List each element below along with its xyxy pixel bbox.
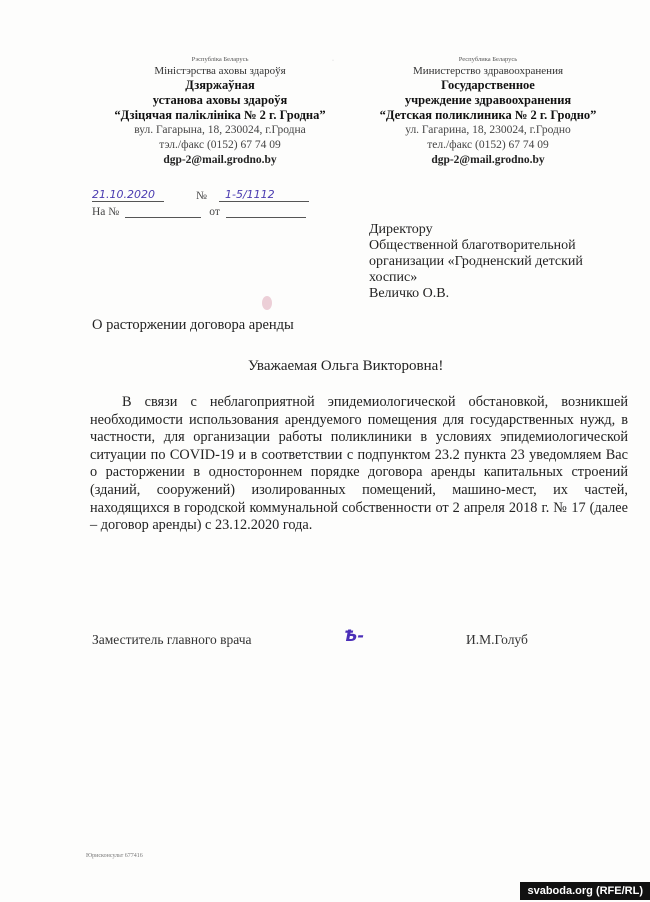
- org-address: вул. Гагарына, 18, 230024, г.Гродна: [90, 123, 350, 138]
- org-name-line1: Дзяржаўная: [90, 78, 350, 93]
- org-email: dgp-2@mail.grodno.by: [90, 153, 350, 168]
- letterhead-belarusian: Рэспубліка Беларусь Міністэрства аховы з…: [90, 55, 350, 168]
- footer-executor-code: Юрисконсульт 677416: [86, 853, 143, 859]
- outgoing-date: 21.10.2020: [92, 188, 164, 202]
- salutation: Уважаемая Ольга Викторовна!: [248, 358, 443, 375]
- addressee-line: Директору: [369, 222, 583, 238]
- ref-from-label: от: [209, 206, 220, 218]
- ref-number-blank: [125, 217, 201, 218]
- ministry-label: Міністэрства аховы здароўя: [90, 64, 350, 78]
- ministry-label: Министерство здравоохранения: [362, 64, 614, 78]
- letter-page: · Рэспубліка Беларусь Міністэрства аховы…: [0, 0, 650, 902]
- ref-date-blank: [226, 217, 306, 218]
- org-phone: тэл./факс (0152) 67 74 09: [90, 138, 350, 153]
- org-name-line2: учреждение здравоохранения: [362, 93, 614, 108]
- signatory-name: И.М.Голуб: [466, 632, 528, 648]
- org-name-line2: установа аховы здароўя: [90, 93, 350, 108]
- org-phone: тел./факс (0152) 67 74 09: [362, 138, 614, 153]
- org-name-line3: “Дзіцячая паліклініка № 2 г. Гродна”: [90, 108, 350, 123]
- republic-label: Республика Беларусь: [362, 55, 614, 64]
- registration-block: 21.10.2020 № 1-5/1112 На № от: [92, 186, 309, 218]
- number-label: №: [196, 190, 207, 202]
- addressee-line: организации «Гродненский детский: [369, 254, 583, 270]
- addressee-line: Общественной благотворительной: [369, 238, 583, 254]
- letter-subject: О расторжении договора аренды: [92, 317, 294, 334]
- org-name-line3: “Детская поликлиника № 2 г. Гродно”: [362, 108, 614, 123]
- signatory-title: Заместитель главного врача: [92, 632, 252, 648]
- ink-blot: [262, 296, 272, 310]
- ref-number-label: На №: [92, 206, 119, 218]
- source-watermark: svaboda.org (RFE/RL): [520, 882, 650, 900]
- addressee-block: Директору Общественной благотворительной…: [369, 222, 583, 302]
- handwritten-signature: Ѣ-: [344, 626, 364, 645]
- org-address: ул. Гагарина, 18, 230024, г.Гродно: [362, 123, 614, 138]
- addressee-line: Величко О.В.: [369, 286, 583, 302]
- letterhead-russian: Республика Беларусь Министерство здравоо…: [362, 55, 614, 168]
- org-name-line1: Государственное: [362, 78, 614, 93]
- outgoing-number: 1-5/1112: [219, 188, 309, 202]
- letter-body: В связи с неблагоприятной эпидемиологиче…: [90, 394, 628, 535]
- org-email: dgp-2@mail.grodno.by: [362, 153, 614, 168]
- republic-label: Рэспубліка Беларусь: [90, 55, 350, 64]
- addressee-line: хоспис»: [369, 270, 583, 286]
